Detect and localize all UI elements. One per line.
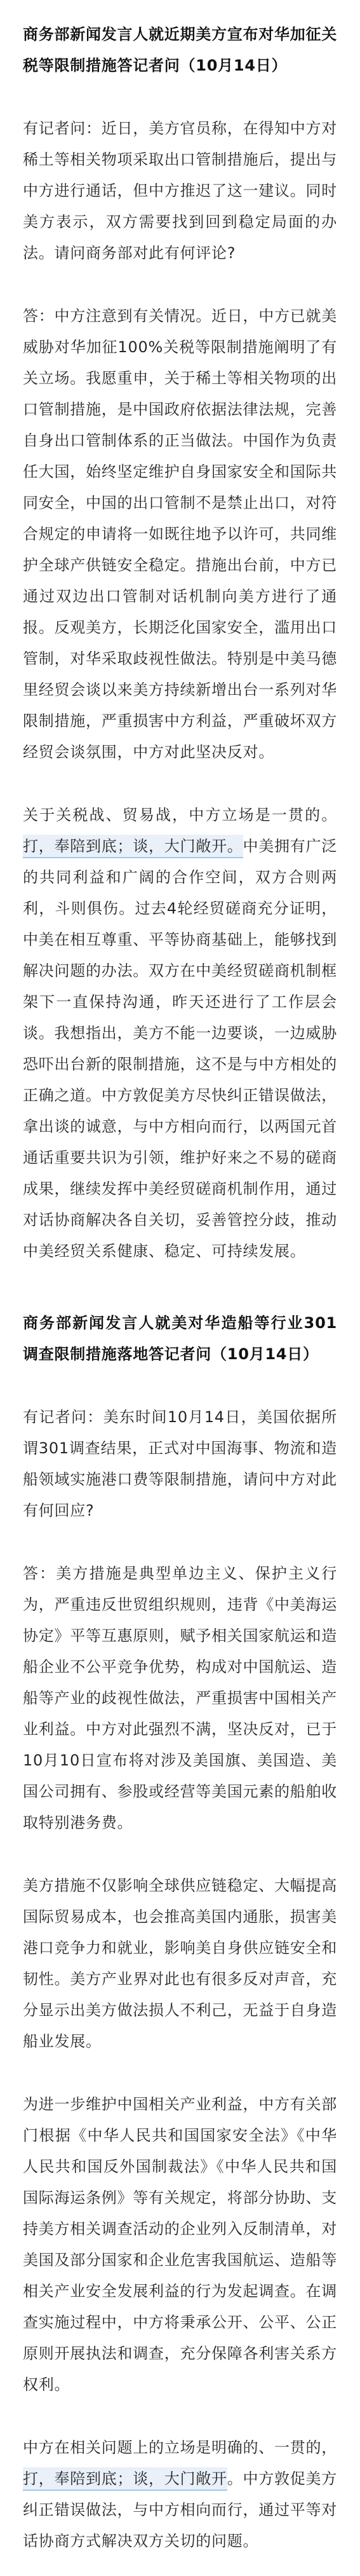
paragraph-text: 答：美方措施是典型单边主义、保护主义行为，严重违反世贸组织规则，违背《中美海运协… [23,1565,337,1832]
paragraph-text: 为进一步维护中国相关产业利益，中方有关部门根据《中华人民共和国国家安全法》《中华… [23,2095,337,2394]
article-section-301-investigation: 商务部新闻发言人就美对华造船等行业301调查限制措施落地答记者问（10月14日）… [23,1308,337,2557]
press-release-document: 商务部新闻发言人就近期美方宣布对华加征关税等限制措施答记者问（10月14日） 有… [0,0,360,2576]
answer-paragraph: 答：美方措施是典型单边主义、保护主义行为，严重违反世贸组织规则，违背《中美海运协… [23,1558,337,1839]
highlighted-phrase: 打，奉陪到底；谈，大门敞开。 [23,835,243,858]
article-tariff-measures: 商务部新闻发言人就近期美方宣布对华加征关税等限制措施答记者问（10月14日） 有… [23,19,337,1267]
paragraph-text: 有记者问：近日，美方官员称，在得知中方对稀土等相关物项采取出口管制措施后，提出与… [23,120,337,262]
paragraph-text: 关于关税战、贸易战，中方立场是一贯的。 [23,806,337,824]
question-paragraph: 有记者问：近日，美方官员称，在得知中方对稀土等相关物项采取出口管制措施后，提出与… [23,113,337,269]
paragraph-text: 中美拥有广泛的共同利益和广阔的合作空间，双方合则两利，斗则俱伤。过去4轮经贸磋商… [23,837,337,1260]
article-title: 商务部新闻发言人就近期美方宣布对华加征关税等限制措施答记者问（10月14日） [23,19,337,81]
answer-paragraph: 为进一步维护中国相关产业利益，中方有关部门根据《中华人民共和国国家安全法》《中华… [23,2089,337,2401]
paragraph-text: 答：中方注意到有关情况。近日，中方已就美威胁对华加征100%关税等限制措施阐明了… [23,307,337,761]
paragraph-text: 美方措施不仅影响全球供应链稳定、大幅提高国际贸易成本，也会推高美国内通胀，损害美… [23,1877,337,2050]
answer-paragraph: 答：中方注意到有关情况。近日，中方已就美威胁对华加征100%关税等限制措施阐明了… [23,301,337,768]
paragraph-text: 中方在相关问题上的立场是明确的、一贯的， [23,2439,337,2456]
paragraph-text: 有记者问：美东时间10月14日，美国依据所谓301调查结果，正式对中国海事、物流… [23,1408,337,1519]
question-paragraph: 有记者问：美东时间10月14日，美国依据所谓301调查结果，正式对中国海事、物流… [23,1402,337,1526]
answer-paragraph: 关于关税战、贸易战，中方立场是一贯的。打，奉陪到底；谈，大门敞开。中美拥有广泛的… [23,800,337,1267]
answer-paragraph: 美方措施不仅影响全球供应链稳定、大幅提高国际贸易成本，也会推高美国内通胀，损害美… [23,1870,337,2057]
answer-paragraph: 中方在相关问题上的立场是明确的、一贯的，打，奉陪到底；谈，大门敞开。中方敦促美方… [23,2432,337,2557]
highlighted-phrase: 打，奉陪到底；谈，大门敞开 [23,2467,227,2491]
article-title: 商务部新闻发言人就美对华造船等行业301调查限制措施落地答记者问（10月14日） [23,1308,337,1370]
